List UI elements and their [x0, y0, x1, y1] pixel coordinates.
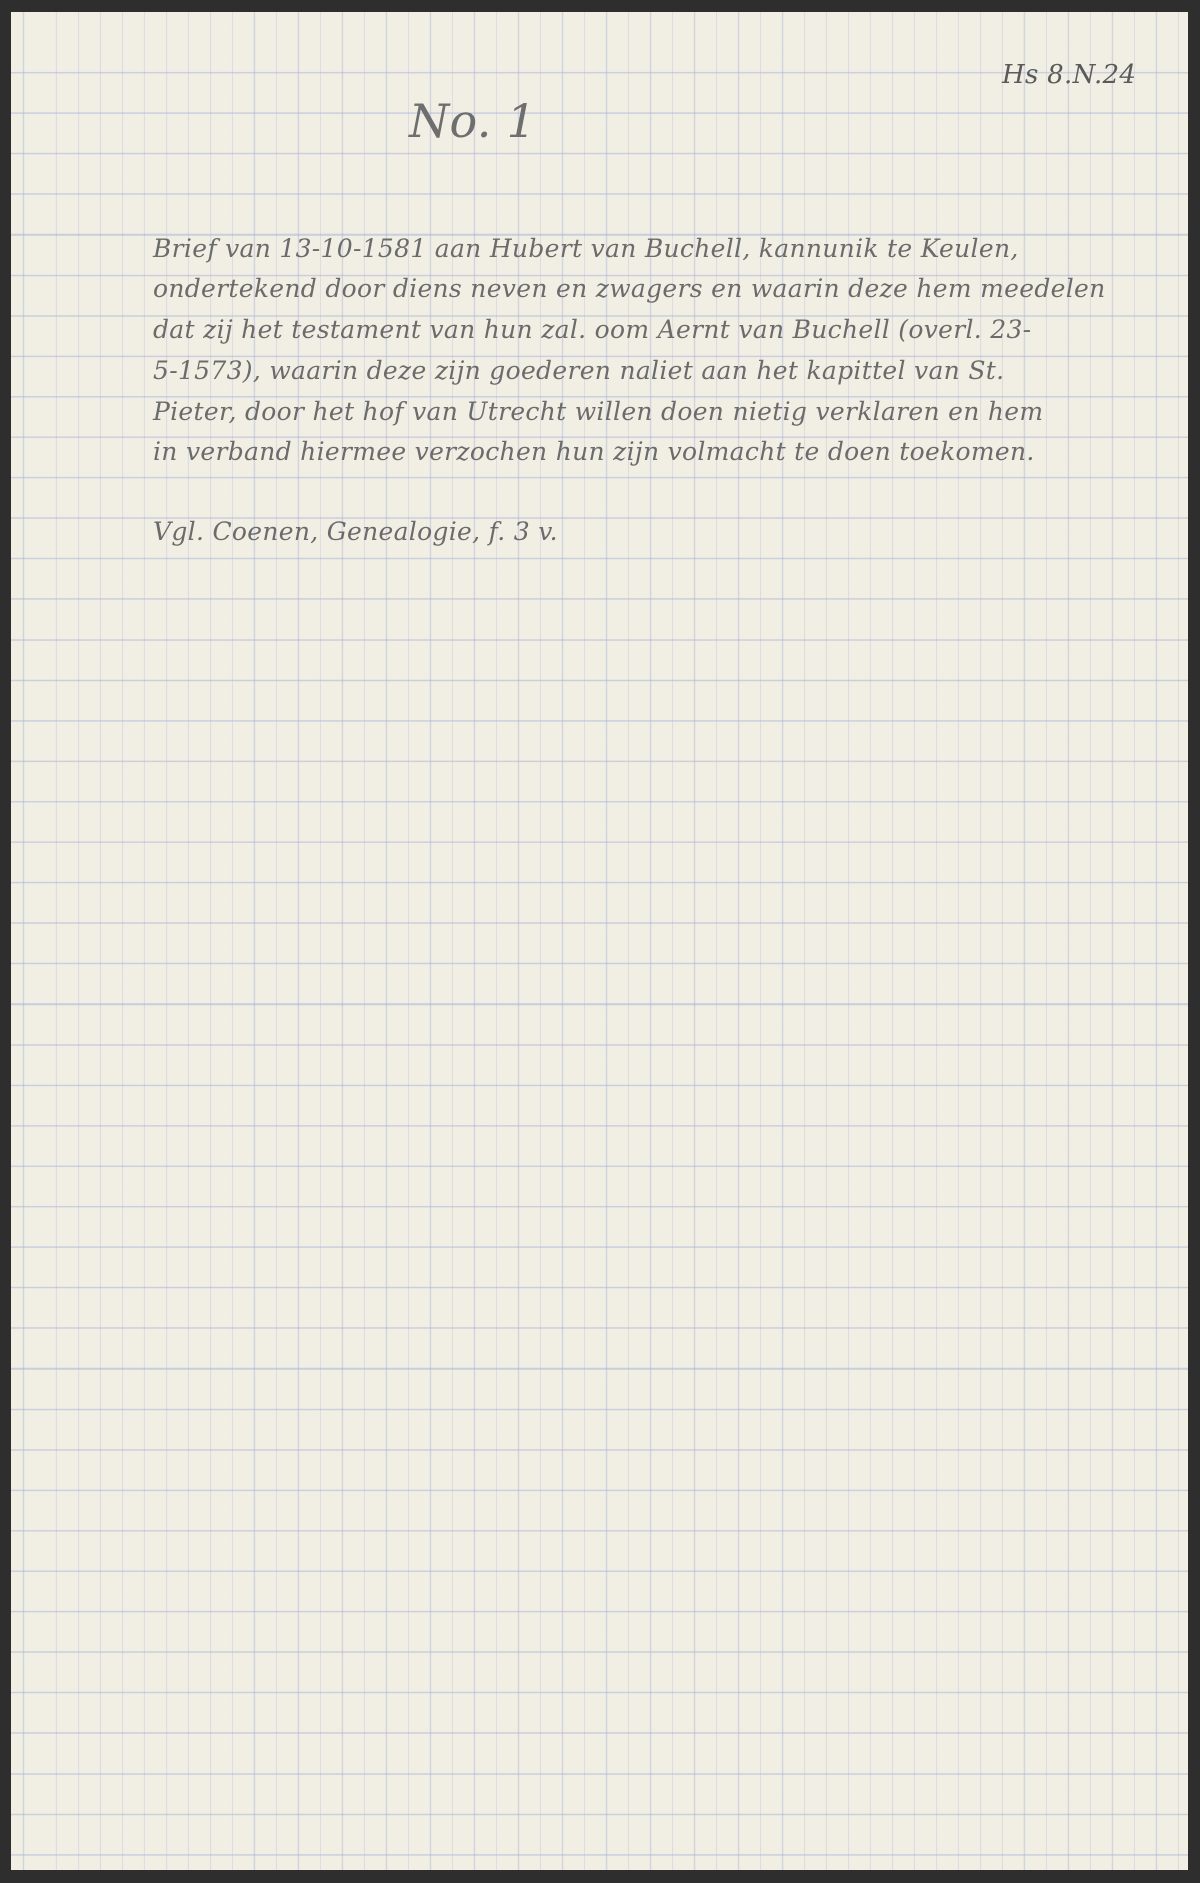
- body-line: in verband hiermee verzochen hun zijn vo…: [153, 437, 1035, 466]
- body-line: Pieter, door het hof van Utrecht willen …: [153, 397, 1043, 426]
- body-line: dat zij het testament van hun zal. oom A…: [153, 315, 1031, 344]
- source-note: Vgl. Coenen, Genealogie, f. 3 v.: [153, 517, 558, 546]
- body-line: 5-1573), waarin deze zijn goederen nalie…: [153, 356, 1004, 385]
- body-line: ondertekend door diens neven en zwagers …: [153, 274, 1106, 303]
- body-line: Brief van 13-10-1581 aan Hubert van Buch…: [153, 234, 1019, 263]
- shelfmark: Hs 8.N.24: [1002, 60, 1136, 90]
- document-number: No. 1: [409, 94, 536, 148]
- graph-paper-page: Hs 8.N.24 No. 1 Brief van 13-10-1581 aan…: [11, 12, 1188, 1870]
